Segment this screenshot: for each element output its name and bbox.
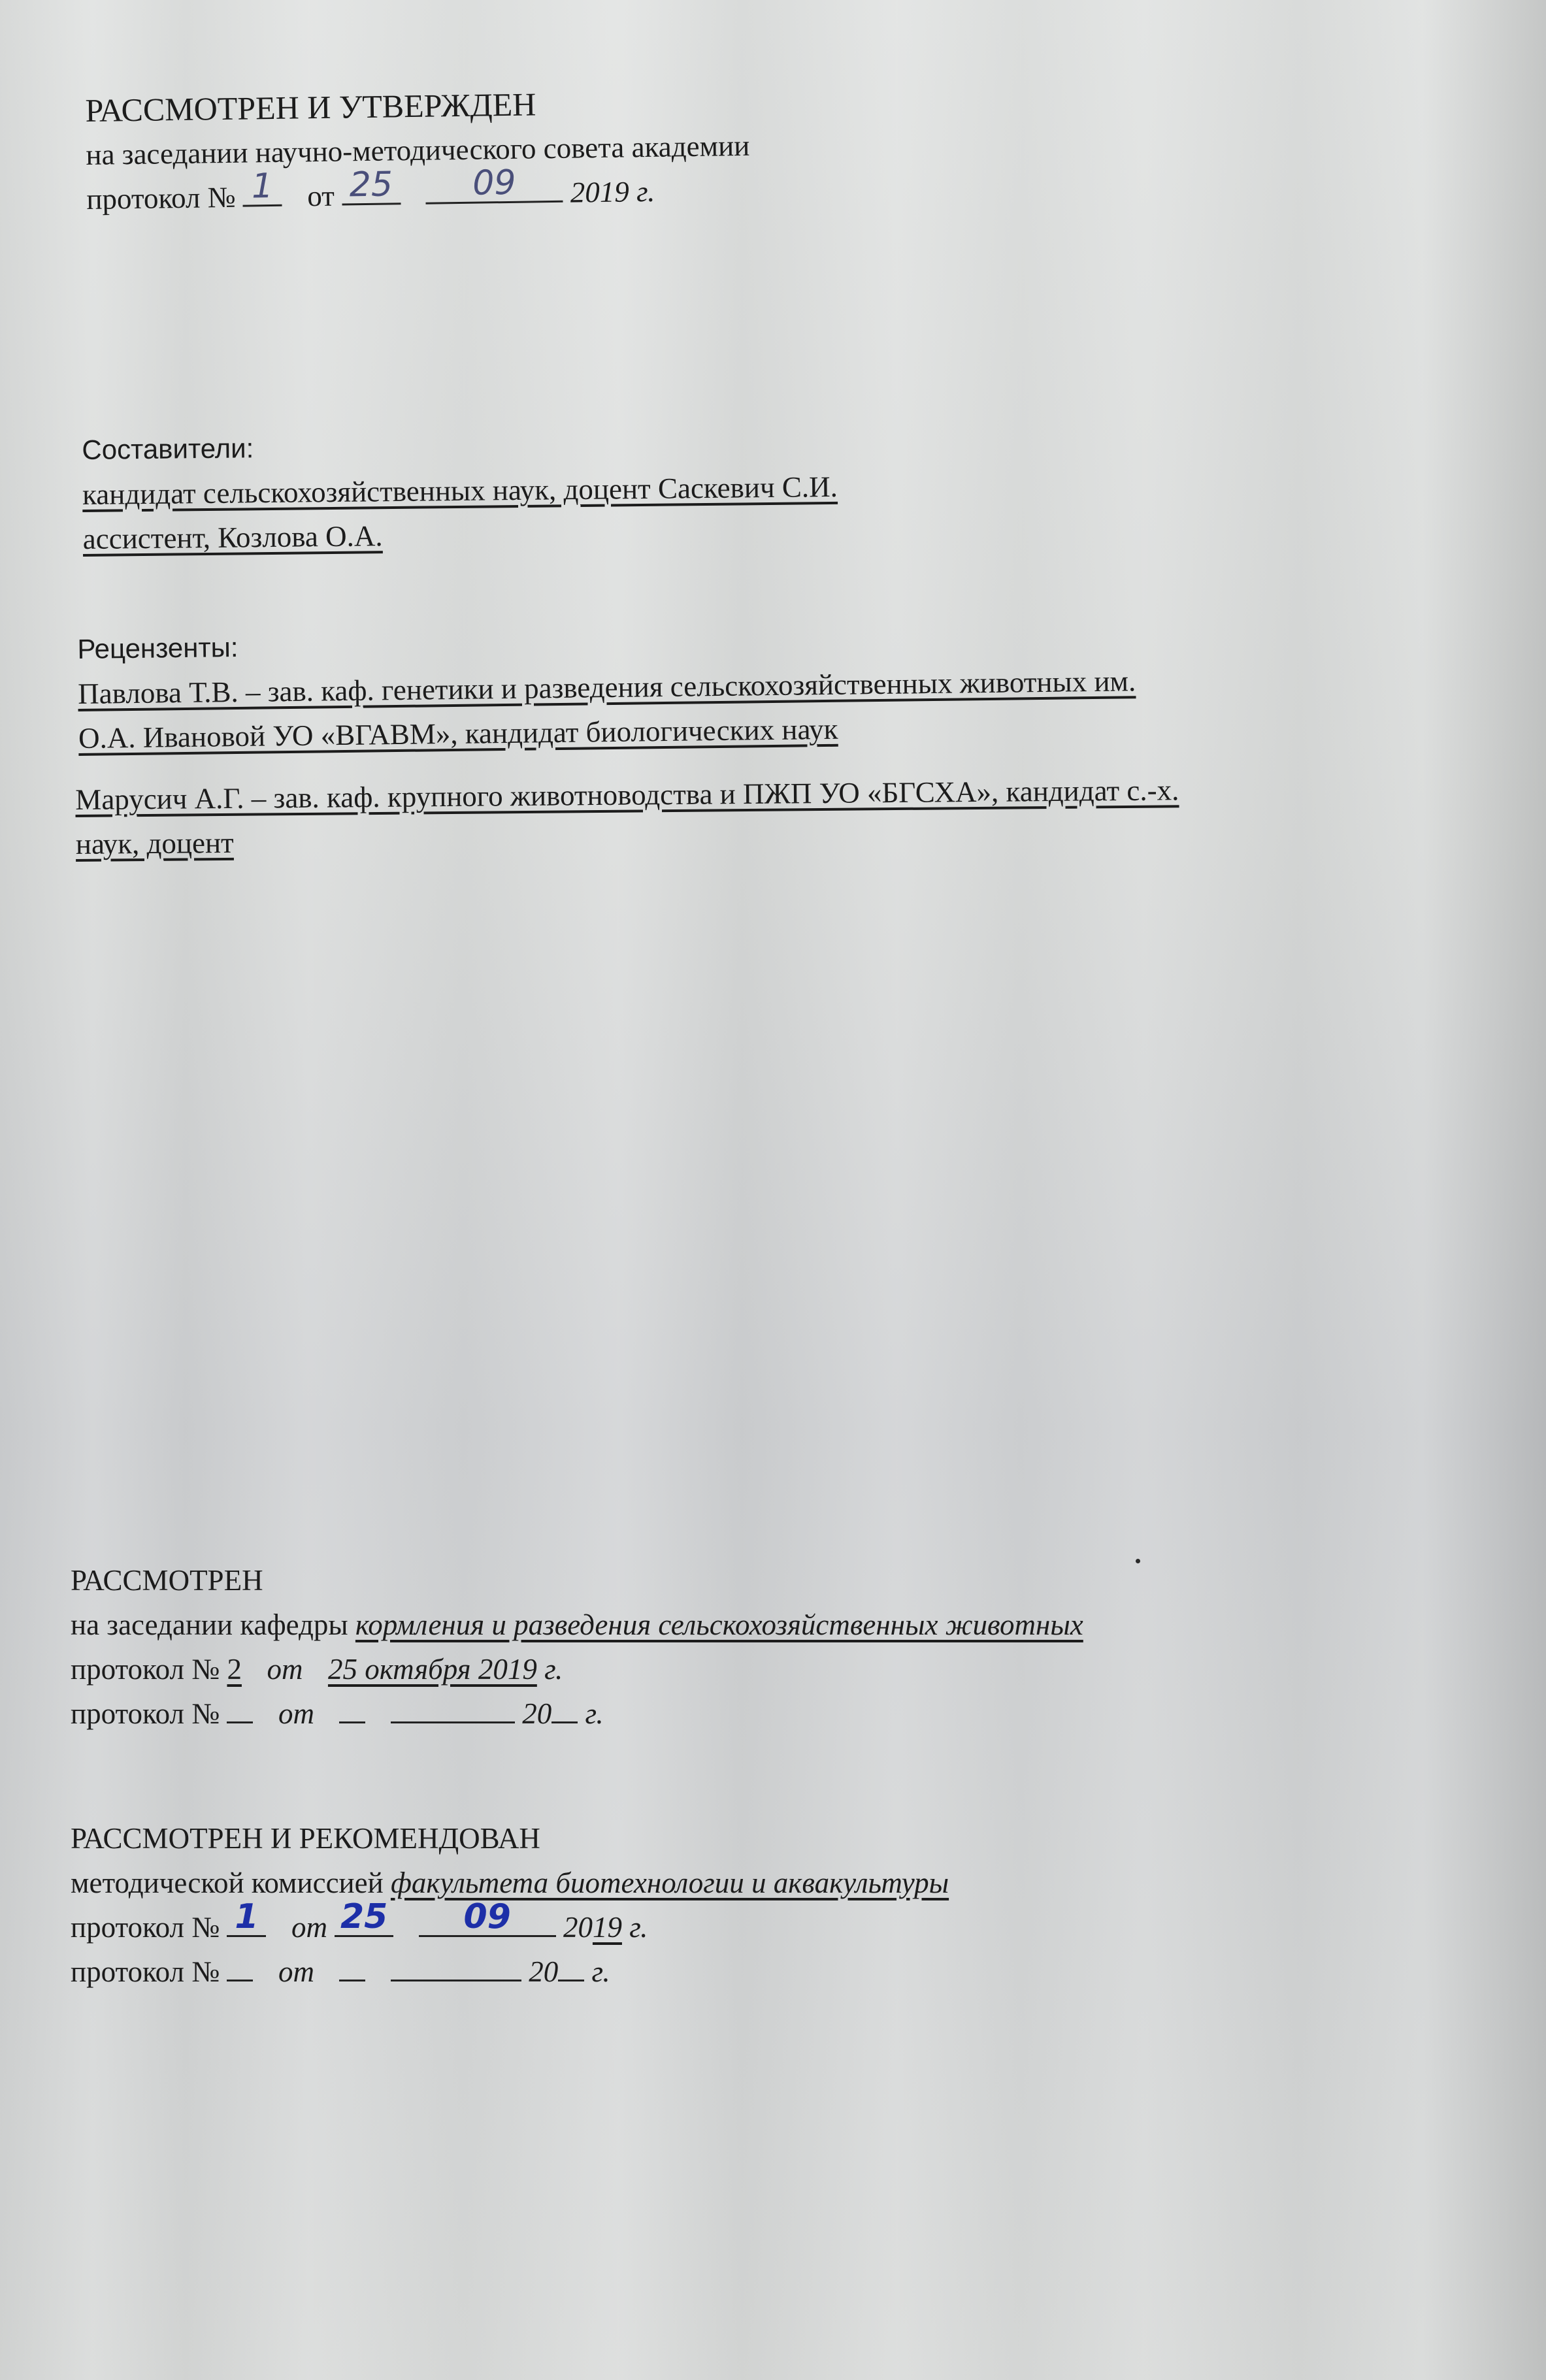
month-blank: [391, 1953, 521, 1981]
from-label: от: [291, 1911, 327, 1944]
year-prefix: 20: [529, 1955, 558, 1988]
month-blank: [391, 1695, 515, 1723]
from-label: от: [267, 1653, 303, 1686]
day-blank: [339, 1695, 365, 1723]
department-protocol-1: протокол № 2 от 25 октября 2019 г.: [71, 1647, 1083, 1691]
protocol-label: протокол №: [71, 1955, 220, 1988]
department-prefix: на заседании кафедры: [71, 1608, 348, 1641]
year-suffix: г.: [629, 1911, 648, 1944]
commission-protocol-2: протокол № от 20 г.: [71, 1949, 949, 1994]
year-suffix: г.: [591, 1955, 610, 1988]
year-blank: [551, 1695, 578, 1723]
day-field: 25: [335, 1909, 393, 1937]
protocol-label: протокол №: [71, 1697, 220, 1730]
year-prefix: 20: [563, 1911, 593, 1944]
protocol-label: протокол №: [71, 1911, 220, 1944]
reviewers-block: Рецензенты: Павлова Т.В. – зав. каф. ген…: [77, 614, 1136, 760]
year-suffix: г.: [544, 1653, 563, 1686]
year-suffix-digits: 19: [593, 1911, 622, 1944]
commission-prefix: методической комиссией: [71, 1867, 384, 1899]
author-item: ассистент, Козлова О.А.: [82, 509, 838, 561]
authors-block: Составители: кандидат сельскохозяйственн…: [82, 420, 838, 561]
author-item: кандидат сельскохозяйственных наук, доце…: [82, 465, 838, 517]
month-field: 09: [425, 174, 563, 204]
protocol-date: 25 октября 2019: [328, 1653, 537, 1686]
department-review-line: на заседании кафедры кормления и разведе…: [71, 1603, 1083, 1647]
protocol-number-field: 1: [242, 178, 282, 207]
commission-protocol-1: протокол № 1 от 25 09 2019 г.: [71, 1905, 949, 1949]
from-label: от: [278, 1697, 314, 1730]
department-review-block: РАССМОТРЕН на заседании кафедры кормлени…: [71, 1558, 1083, 1736]
from-label: от: [307, 180, 335, 213]
protocol-label: протокол №: [86, 181, 236, 216]
protocol-number-blank: [227, 1695, 253, 1723]
protocol-number-blank: [227, 1953, 253, 1981]
from-label: от: [278, 1955, 314, 1988]
day-handwritten: 25: [335, 1900, 393, 1934]
year-prefix: 20: [522, 1697, 551, 1730]
approval-council-protocol: протокол № 1 от 25 09 2019 г.: [86, 168, 751, 221]
department-protocol-2: протокол № от 20 г.: [71, 1691, 1083, 1736]
faculty-name: факультета биотехнологии и аквакультуры: [391, 1867, 949, 1899]
paper-background: [0, 0, 1546, 2380]
approval-council-block: РАССМОТРЕН И УТВЕРЖДЕН на заседании науч…: [85, 79, 751, 221]
protocol-number-handwritten: 1: [242, 169, 282, 204]
day-blank: [339, 1953, 365, 1981]
day-field: 25: [342, 176, 401, 205]
commission-review-block: РАССМОТРЕН И РЕКОМЕНДОВАН методической к…: [71, 1816, 949, 1994]
protocol-number-handwritten: 1: [227, 1900, 266, 1934]
stray-mark: [1136, 1559, 1140, 1563]
department-review-title: РАССМОТРЕН: [71, 1558, 1083, 1603]
month-field: 09: [419, 1909, 556, 1937]
protocol-label: протокол №: [71, 1653, 220, 1686]
day-handwritten: 25: [342, 167, 401, 202]
year-suffix: г.: [585, 1697, 603, 1730]
reviewer-2-block: Марусич А.Г. – зав. каф. крупного животн…: [75, 768, 1179, 866]
authors-heading: Составители:: [82, 420, 837, 472]
year-blank: [558, 1953, 584, 1981]
month-handwritten: 09: [425, 165, 563, 201]
protocol-number-field: 1: [227, 1909, 266, 1937]
month-handwritten: 09: [419, 1900, 556, 1934]
department-name: кормления и разведения сельскохозяйствен…: [355, 1608, 1083, 1641]
year-text: 2019 г.: [570, 175, 655, 209]
protocol-number: 2: [227, 1653, 242, 1686]
commission-review-title: РАССМОТРЕН И РЕКОМЕНДОВАН: [71, 1816, 949, 1861]
